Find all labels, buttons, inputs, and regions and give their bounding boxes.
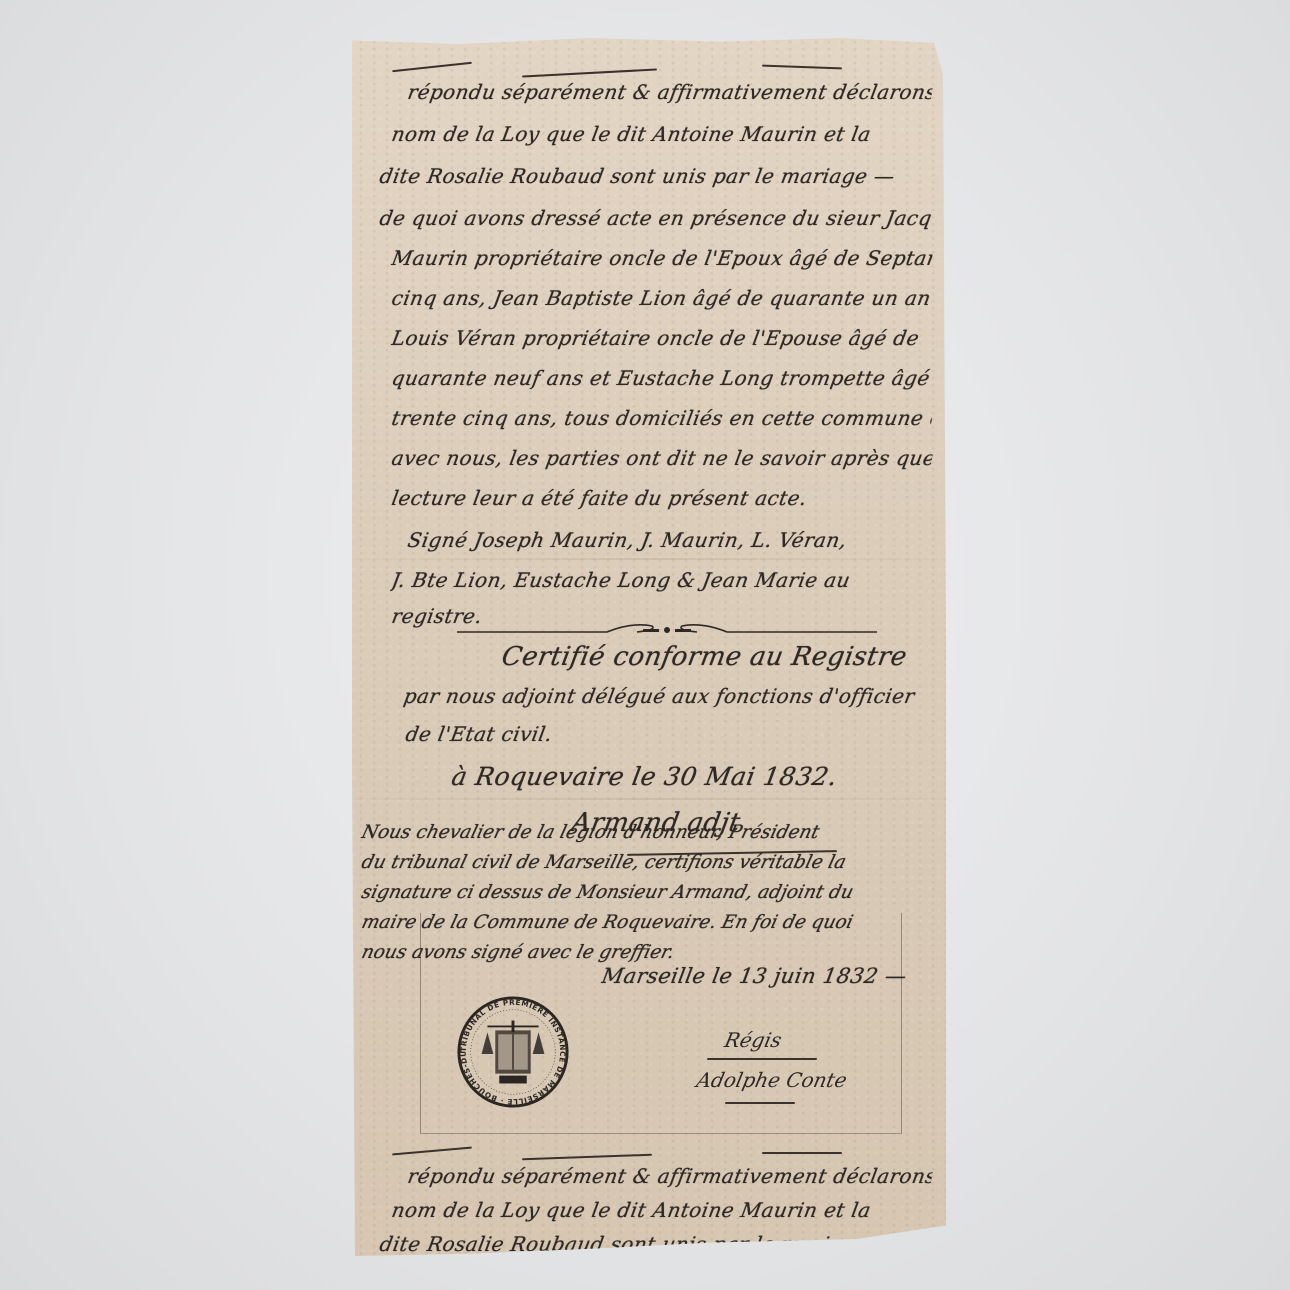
signed-line: Signé Joseph Maurin, J. Maurin, L. Véran… bbox=[406, 528, 934, 552]
legalization-line: signature ci dessus de Monsieur Armand, … bbox=[359, 882, 934, 903]
fold-crease bbox=[352, 798, 946, 800]
signature-adolphe-conte: Adolphe Conte bbox=[694, 1068, 849, 1092]
flourish-stroke bbox=[762, 1152, 842, 1154]
certification-place-date: à Roquevaire le 30 Mai 1832. bbox=[449, 762, 934, 791]
certification-heading: Certifié conforme au Registre bbox=[499, 642, 934, 672]
flourish-stroke bbox=[762, 65, 842, 70]
legalization-line: Nous chevalier de la légion d'honneur, P… bbox=[359, 822, 934, 843]
text-line: répondu séparément & affirmativement déc… bbox=[406, 1164, 934, 1188]
flourish-stroke bbox=[522, 68, 657, 77]
text-line: avec nous, les parties ont dit ne le sav… bbox=[390, 446, 934, 470]
text-line: nom de la Loy que le dit Antoine Maurin … bbox=[390, 1198, 934, 1222]
scales-of-justice-and-book-seal-icon: TRIBUNAL DE PREMIÈRE INSTANCE DE MARSEIL… bbox=[454, 993, 572, 1111]
certification-line: de l'Etat civil. bbox=[404, 722, 934, 746]
text-line: répondu séparément & affirmativement déc… bbox=[406, 80, 934, 104]
text-line: nom de la Loy que le dit Antoine Maurin … bbox=[390, 122, 934, 146]
text-line: Louis Véran propriétaire oncle de l'Epou… bbox=[390, 326, 934, 350]
text-line: cinq ans, Jean Baptiste Lion âgé de quar… bbox=[390, 286, 934, 310]
text-line: de quoi avons dressé acte en présence du… bbox=[378, 206, 934, 230]
text-line: dite Rosalie Roubaud sont unis par le ma… bbox=[378, 1232, 934, 1256]
signed-line: J. Bte Lion, Eustache Long & Jean Marie … bbox=[390, 568, 934, 592]
flourish-stroke bbox=[392, 1147, 472, 1156]
text-line: de quoi avons dressé acte en présence du… bbox=[378, 1264, 934, 1288]
text-line: dite Rosalie Roubaud sont unis par le ma… bbox=[378, 164, 934, 188]
signature-flourish bbox=[707, 1058, 817, 1060]
legalization-signatures: Régis Adolphe Conte bbox=[697, 1028, 877, 1128]
text-line: lecture leur a été faite du présent acte… bbox=[390, 486, 934, 510]
certification-line: par nous adjoint délégué aux fonctions d… bbox=[402, 684, 934, 708]
legalization-line: maire de la Commune de Roquevaire. En fo… bbox=[359, 912, 934, 933]
text-line: Maurin propriétaire oncle de l'Epoux âgé… bbox=[390, 246, 934, 270]
signature-regis: Régis bbox=[722, 1028, 783, 1052]
signature-flourish bbox=[725, 1102, 795, 1104]
flourish-stroke bbox=[522, 1154, 652, 1161]
legalization-place-date: Marseille le 13 juin 1832 — bbox=[600, 964, 934, 988]
flourish-stroke bbox=[392, 62, 472, 72]
ornament-divider bbox=[457, 618, 877, 638]
fold-crease bbox=[352, 558, 946, 560]
legalization-line: du tribunal civil de Marseille, certifio… bbox=[359, 852, 934, 873]
document-paper: répondu séparément & affirmativement déc… bbox=[352, 38, 946, 1256]
text-line: trente cinq ans, tous domiciliés en cett… bbox=[390, 406, 934, 430]
legalization-line: nous avons signé avec le greffier. bbox=[359, 942, 934, 963]
text-line: quarante neuf ans et Eustache Long tromp… bbox=[390, 366, 934, 390]
